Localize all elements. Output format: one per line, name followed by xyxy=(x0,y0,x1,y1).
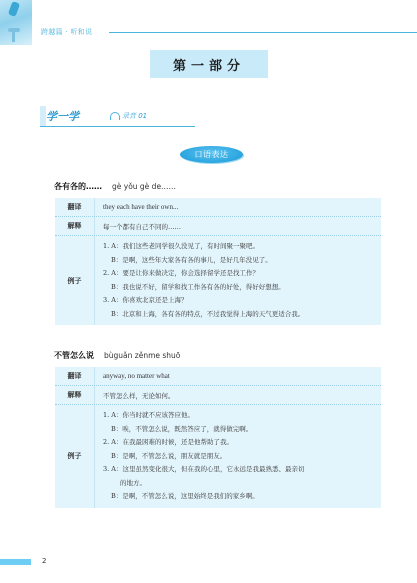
table-row-translation: 翻译 they each have their own... xyxy=(55,198,381,217)
example-line: B：唉，不管怎么说，既然答应了，就得做完啊。 xyxy=(103,423,373,437)
page-number: 2 xyxy=(42,557,46,565)
example-line: B：是啊，不管怎么说，这里始终是我们的家乡啊。 xyxy=(103,490,373,504)
audio-label: 录音 01 xyxy=(122,111,147,121)
example-line: 1. A：你当时就不应该答应他。 xyxy=(103,409,373,423)
table-row-examples: 例子 1. A：你当时就不应该答应他。 B：唉，不管怎么说，既然答应了，就得做完… xyxy=(55,405,381,508)
row-label: 例子 xyxy=(55,236,95,325)
header-rule xyxy=(109,32,417,33)
running-head: 跨越篇 · 听和说 xyxy=(41,27,92,37)
examples-list: 1. A：你当时就不应该答应他。 B：唉，不管怎么说，既然答应了，就得做完啊。 … xyxy=(95,405,381,508)
example-line: 1. A：我们这些老同学很久没见了，有时间聚一聚吧。 xyxy=(103,240,373,254)
example-line: 的地方。 xyxy=(103,477,373,491)
entry-hanzi: 各有各的…… xyxy=(54,181,102,192)
example-line: B：是啊，这些年大家各有各的事儿，是好几年没见了。 xyxy=(103,254,373,268)
table-row-explanation: 解释 不管怎么样，无论如何。 xyxy=(55,386,381,405)
entry-heading: 各有各的…… gè yǒu gè de…… xyxy=(54,181,176,192)
corner-illustration xyxy=(0,0,32,45)
entry-pinyin: gè yǒu gè de…… xyxy=(112,182,176,191)
example-line: B：我也说不好，留学和找工作各有各的好处，得好好想想。 xyxy=(103,281,373,295)
figure-shape xyxy=(8,1,20,17)
example-line: B：是啊，不管怎么说，朋友就是朋友。 xyxy=(103,450,373,464)
row-label: 解释 xyxy=(55,386,95,404)
figure-shape xyxy=(12,30,15,42)
part-title: 第一部分 xyxy=(150,50,268,78)
example-line: B：北京和上海，各有各的特点，不过我觉得上海的天气更适合我。 xyxy=(103,308,373,322)
example-line: 3. A：你喜欢北京还是上海？ xyxy=(103,294,373,308)
table-row-examples: 例子 1. A：我们这些老同学很久没见了，有时间聚一聚吧。 B：是啊，这些年大家… xyxy=(55,236,381,325)
learn-section-title: 学一学 xyxy=(46,108,79,124)
table-row-explanation: 解释 每一个都有自己不同的…… xyxy=(55,217,381,236)
explanation-value: 不管怎么样，无论如何。 xyxy=(95,386,381,404)
learn-section-header: 学一学 录音 01 xyxy=(40,104,195,127)
translation-value: they each have their own... xyxy=(95,198,381,216)
audio-track[interactable]: 录音 01 xyxy=(110,111,147,121)
row-label: 翻译 xyxy=(55,367,95,385)
entry-heading: 不管怎么说 bùguǎn zěnme shuō xyxy=(54,350,180,361)
definition-table: 翻译 they each have their own... 解释 每一个都有自… xyxy=(55,198,381,325)
translation-value: anyway, no matter what xyxy=(95,367,381,385)
example-line: 3. A：这里虽然变化很大，但在我的心里，它永远是我最熟悉、最亲切 xyxy=(103,463,373,477)
row-label: 翻译 xyxy=(55,198,95,216)
table-row-translation: 翻译 anyway, no matter what xyxy=(55,367,381,386)
section-pill: 口语表达 xyxy=(180,146,243,163)
entry-pinyin: bùguǎn zěnme shuō xyxy=(104,351,180,360)
headphone-icon xyxy=(110,112,120,120)
example-line: 2. A：在我最困难的时候，还是他帮助了我。 xyxy=(103,436,373,450)
examples-list: 1. A：我们这些老同学很久没见了，有时间聚一聚吧。 B：是啊，这些年大家各有各… xyxy=(95,236,381,325)
example-line: 2. A：要是让你来做决定，你会选择留学还是找工作？ xyxy=(103,267,373,281)
definition-table: 翻译 anyway, no matter what 解释 不管怎么样，无论如何。… xyxy=(55,367,381,508)
row-label: 解释 xyxy=(55,217,95,235)
row-label: 例子 xyxy=(55,405,95,508)
footer-accent-bar xyxy=(0,559,31,565)
explanation-value: 每一个都有自己不同的…… xyxy=(95,217,381,235)
entry-hanzi: 不管怎么说 xyxy=(54,350,94,361)
section-underline xyxy=(40,126,195,127)
